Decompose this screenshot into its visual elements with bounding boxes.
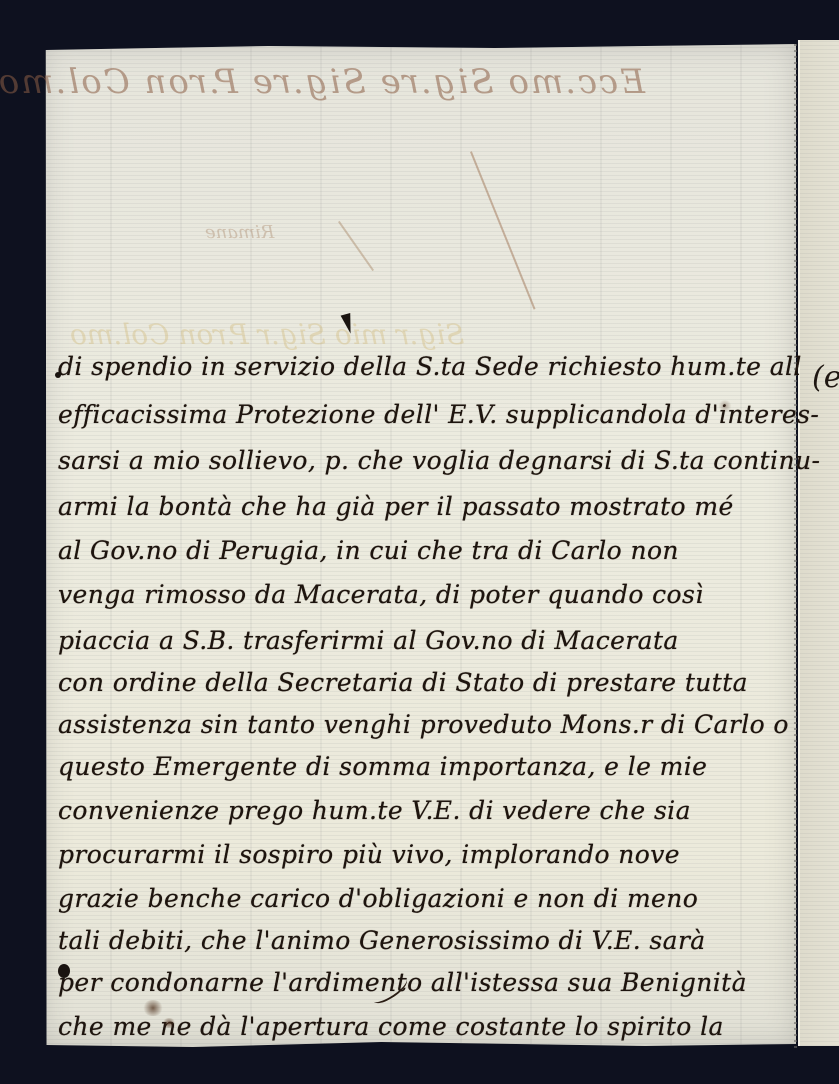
manuscript-line-11: convenienze prego hum.te V.E. di vedere … xyxy=(58,796,691,825)
manuscript-line-7: piaccia a S.B. trasferirmi al Gov.no di … xyxy=(58,626,679,655)
ink-dot xyxy=(55,372,61,378)
manuscript-line-14: tali debiti, che l'animo Generosissimo d… xyxy=(58,926,706,955)
manuscript-line-12: procurarmi il sospiro più vivo, imploran… xyxy=(58,840,680,869)
ink-stain xyxy=(718,400,732,412)
bleed-through-heading: Ecc.mo Sig.re Sig.re P.ron Col.mo xyxy=(105,62,645,102)
manuscript-line-9: assistenza sin tanto venghi proveduto Mo… xyxy=(58,710,789,739)
scanned-manuscript: Ecc.mo Sig.re Sig.re P.ron Col.mo Rimane… xyxy=(0,0,839,1084)
manuscript-line-13: grazie benche carico d'obligazioni e non… xyxy=(58,884,698,913)
ink-blot xyxy=(58,964,70,978)
show-through-line: Sig.r mio Sig.r P.ron Col.mo xyxy=(70,318,465,351)
adjacent-page-fragment: (e xyxy=(812,360,839,395)
adjacent-leaf-edge xyxy=(798,40,839,1046)
manuscript-line-3: sarsi a mio sollievo, p. che voglia degn… xyxy=(58,446,820,475)
manuscript-line-4: armi la bontà che ha già per il passato … xyxy=(58,492,734,521)
manuscript-line-2: efficacissima Protezione dell' E.V. supp… xyxy=(58,400,819,429)
manuscript-line-8: con ordine della Secretaria di Stato di … xyxy=(58,668,748,697)
manuscript-line-5: al Gov.no di Perugia, in cui che tra di … xyxy=(58,536,679,565)
ink-stain xyxy=(162,1018,176,1028)
manuscript-line-16: che me ne dà l'apertura come costante lo… xyxy=(58,1012,724,1041)
manuscript-line-10: questo Emergente di somma importanza, e … xyxy=(58,752,707,781)
manuscript-line-6: venga rimosso da Macerata, di poter quan… xyxy=(58,580,704,609)
ink-stain xyxy=(142,1000,164,1016)
manuscript-line-1: di spendio in servizio della S.ta Sede r… xyxy=(58,352,802,381)
bleed-through-word: Rimane xyxy=(205,222,274,243)
page-fold-edge xyxy=(794,44,797,1048)
